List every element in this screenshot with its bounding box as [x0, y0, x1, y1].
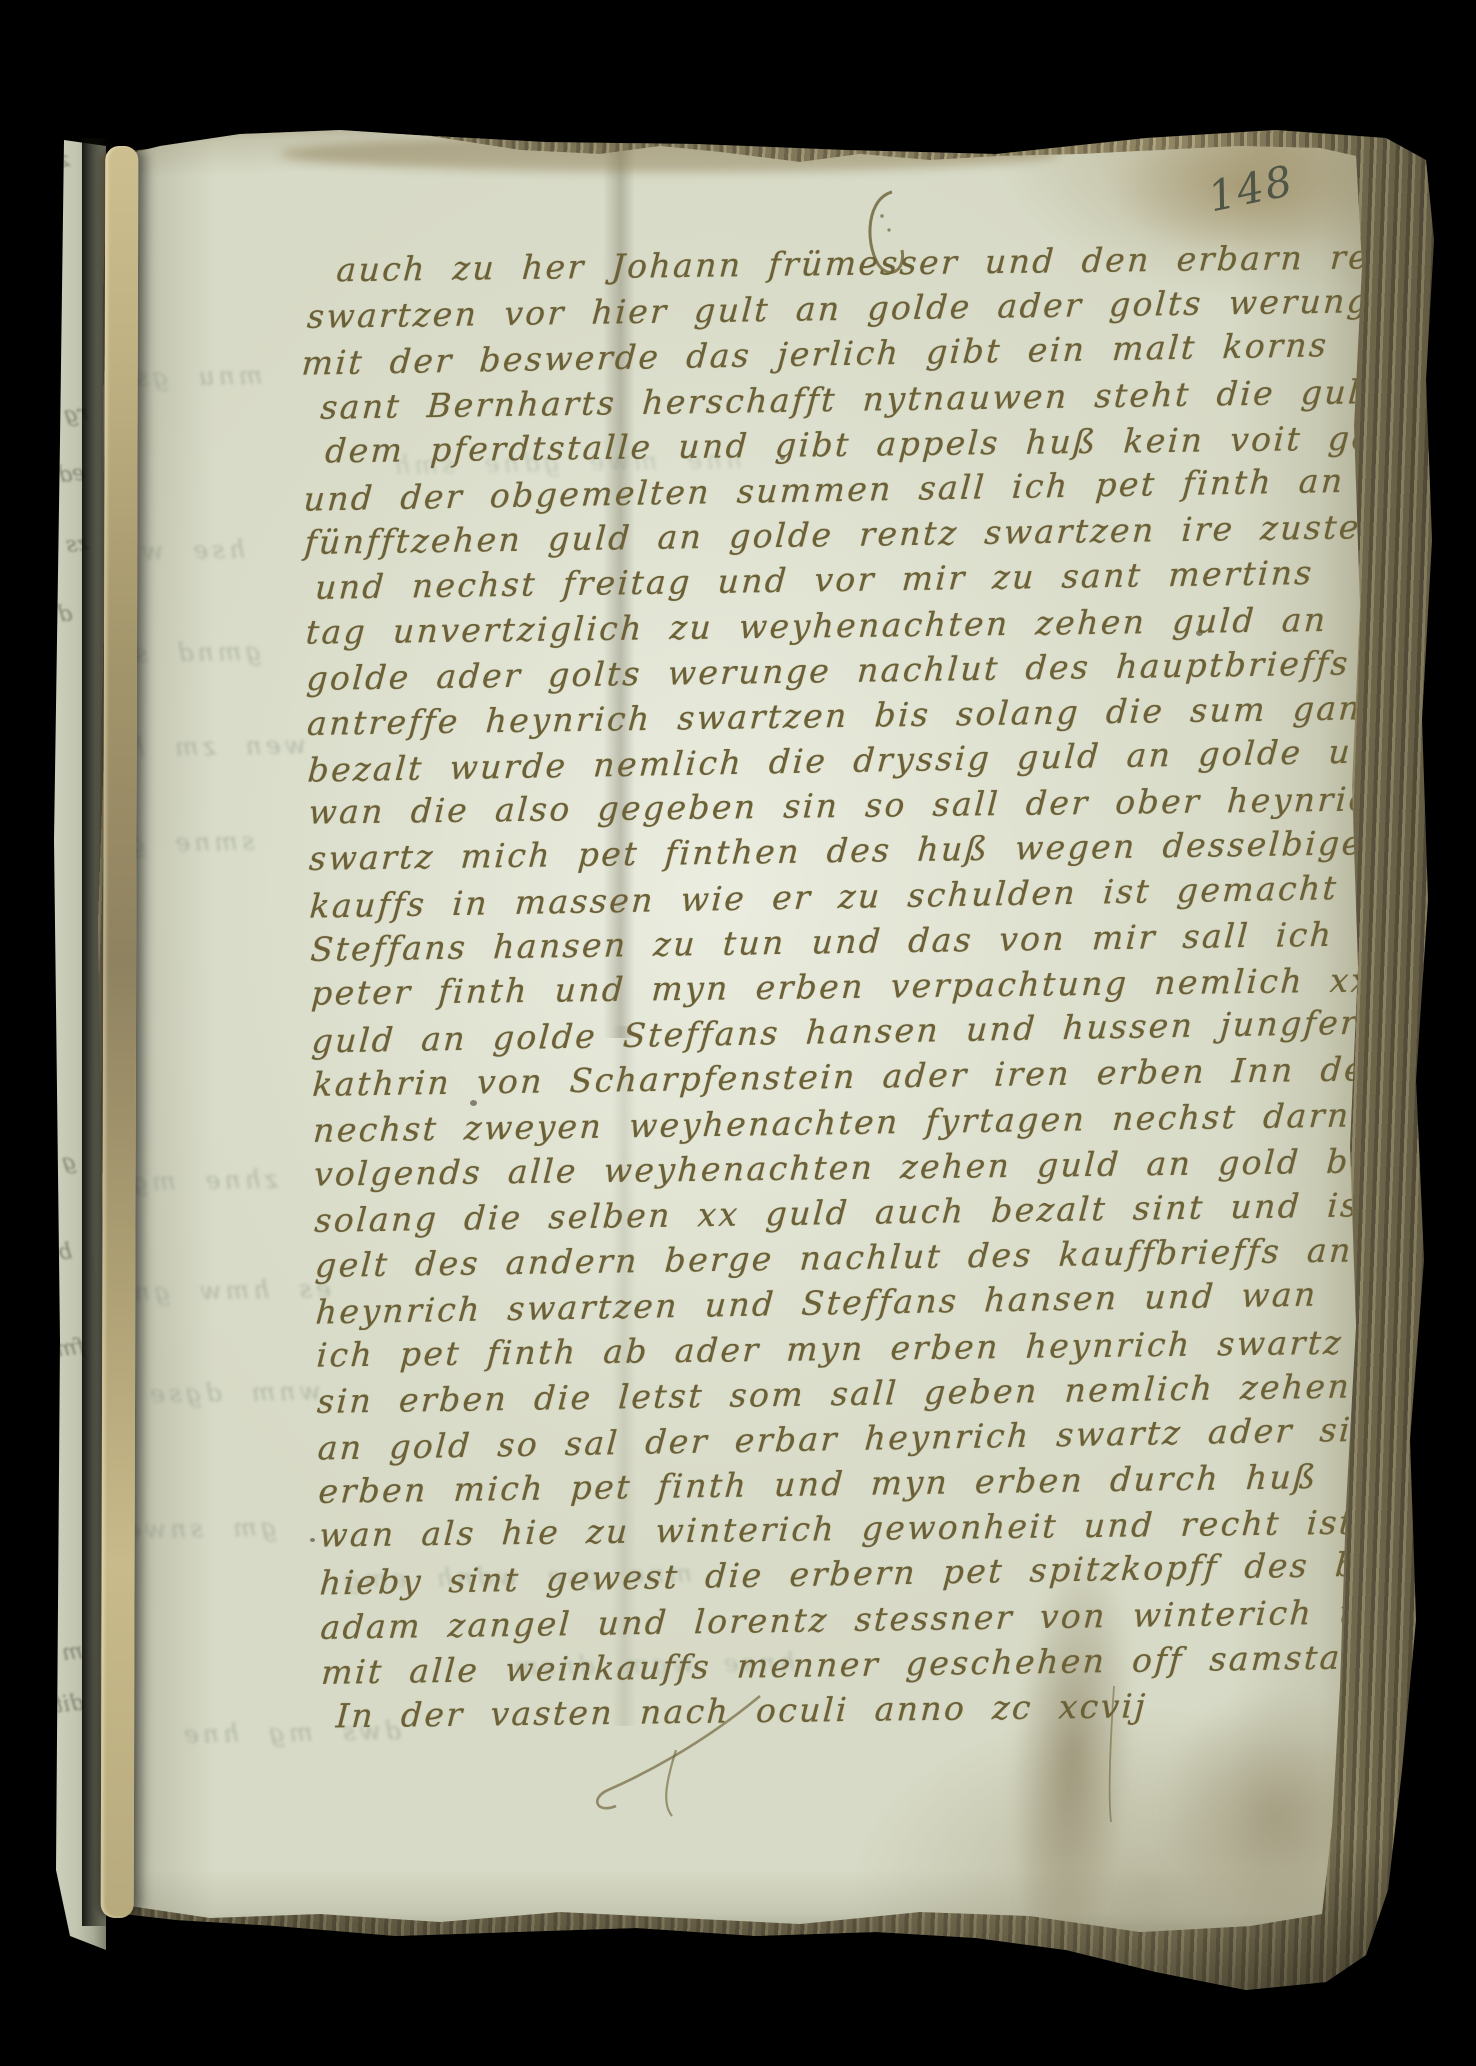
facing-page-fragment: g [61, 1149, 78, 1175]
binding-guard [101, 146, 139, 1918]
show-through-fragment: zhne mg [128, 1165, 278, 1197]
facing-page-fragment: dit [53, 1691, 85, 1719]
facing-page-fragment: b [57, 1239, 74, 1265]
ink-speck [310, 1538, 315, 1542]
manuscript-photograph: zrgedzsdgbfmmdit mnu gsmhse wnrgmnd sewe… [0, 0, 1476, 2066]
facing-page-fragment: d [57, 601, 74, 627]
show-through-fragment: gm snwe [122, 1513, 277, 1545]
facing-page-fragment: z [57, 147, 71, 173]
show-through-fragment: wnm dgse [146, 1376, 321, 1408]
facing-page-fragment: m [61, 1639, 84, 1666]
manuscript-text: auch zu her Johann frümesser und den erb… [300, 236, 1387, 1743]
manuscript-leaf: mnu gsmhse wnrgmnd sewen zm hesmne gwnne… [100, 126, 1380, 1941]
show-through-fragment: es hmw gnd [110, 1274, 331, 1307]
